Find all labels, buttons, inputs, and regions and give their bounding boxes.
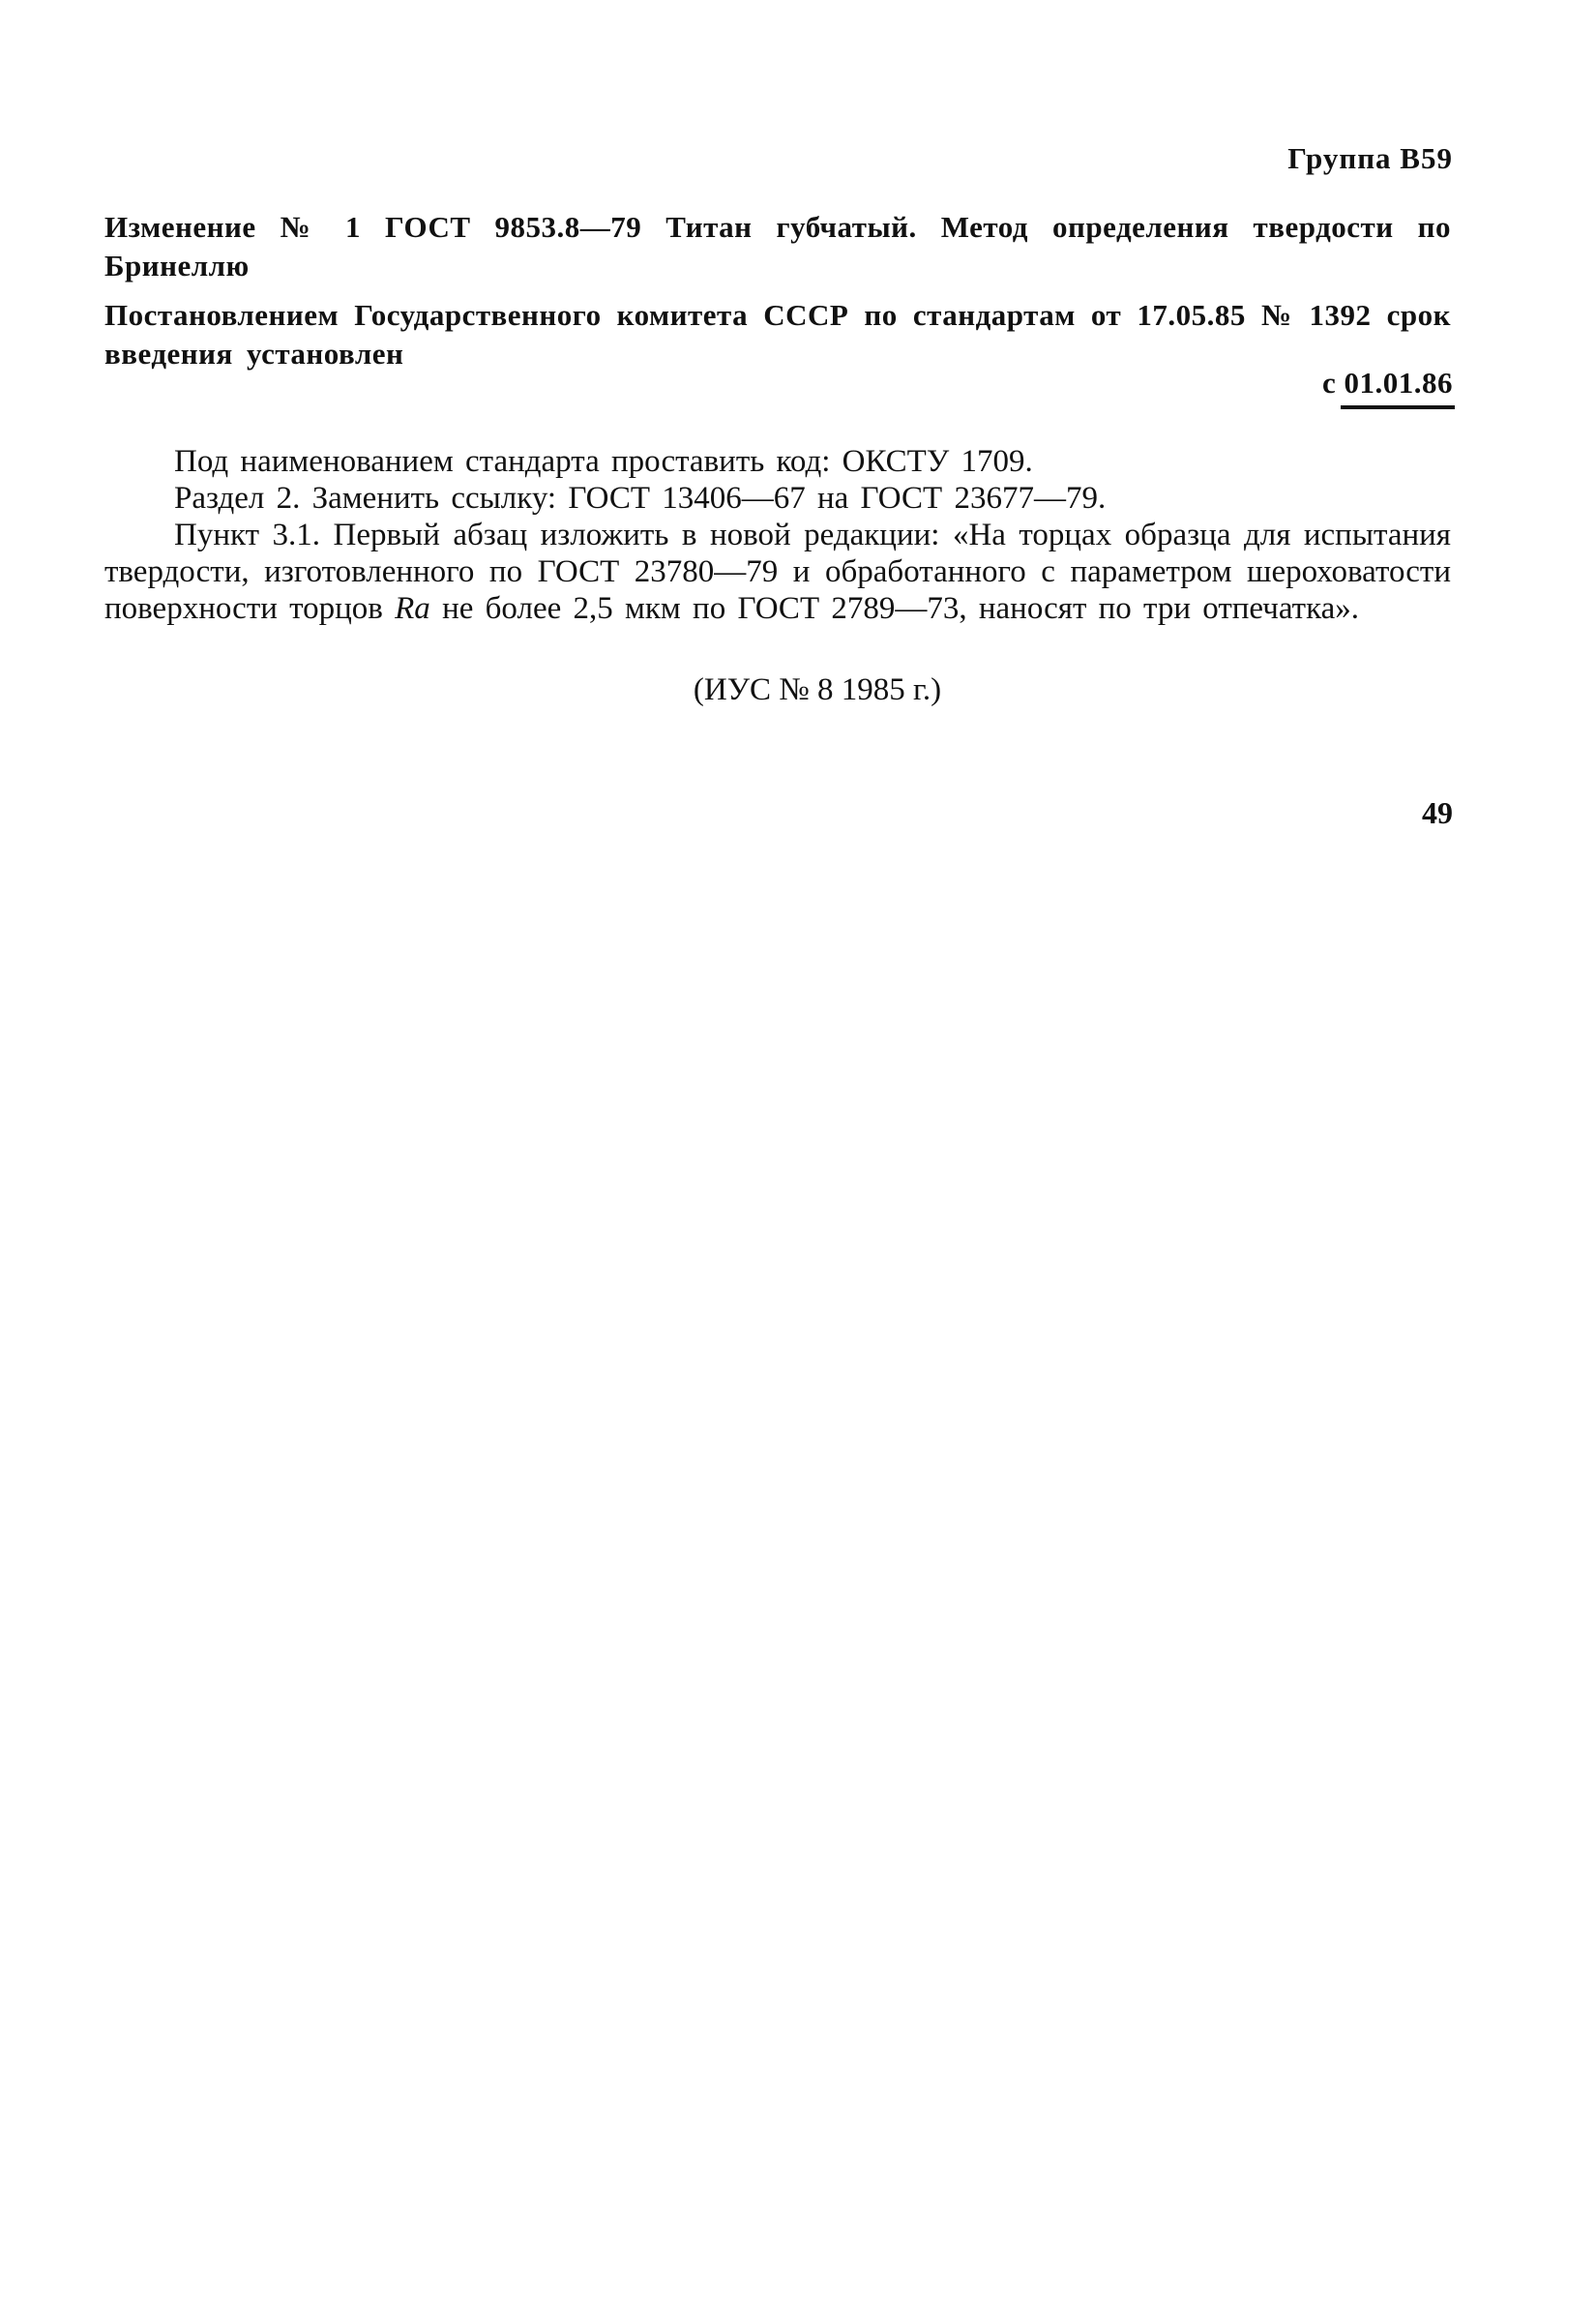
body-paragraph-clause-3-1: Пункт 3.1. Первый абзац изложить в новой… [104,517,1451,627]
document-page: Группа В59 Изменение № 1 ГОСТ 9853.8—79 … [0,0,1596,2321]
page-number: 49 [1422,795,1453,831]
effective-date-underline [1341,405,1455,409]
body-paragraph-section-2: Раздел 2. Заменить ссылку: ГОСТ 13406—67… [104,480,1451,517]
roughness-parameter-symbol: Ra [395,591,430,626]
source-reference: (ИУС № 8 1985 г.) [0,672,1596,708]
body-paragraph-code: Под наименованием стандарта проставить к… [104,443,1451,480]
amendment-title: Изменение № 1 ГОСТ 9853.8—79 Титан губча… [104,208,1451,285]
decree-statement: Постановлением Государственного комитета… [104,296,1451,373]
amendment-body: Под наименованием стандарта проставить к… [104,443,1451,627]
clause-3-1-text-end: не более 2,5 мкм по ГОСТ 2789—73, нанося… [430,591,1359,626]
effective-date: с 01.01.86 [1322,366,1453,401]
group-label: Группа В59 [1287,141,1453,176]
